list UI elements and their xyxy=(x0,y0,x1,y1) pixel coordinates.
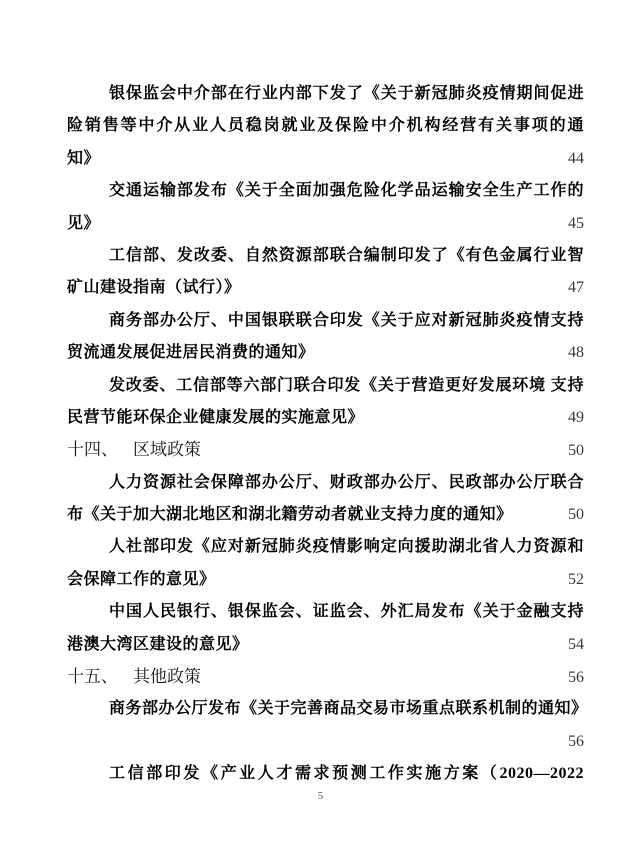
document-page: 银保监会中介部在行业内部下发了《关于新冠肺炎疫情期间促进保 险销售等中介从业人员… xyxy=(0,0,641,850)
toc-line-text: 险销售等中介从业人员稳岗就业及保险中介机构经营有关事项的通 xyxy=(67,110,584,142)
toc-line: 港澳大湾区建设的意见》 54 xyxy=(67,629,584,661)
toc-line: 56 xyxy=(67,726,584,758)
toc-line: 工信部印发《产业人才需求预测工作实施方案（2020—2022 xyxy=(67,758,584,790)
toc-page-number: 56 xyxy=(568,662,584,693)
toc-line: 会保障工作的意见》 52 xyxy=(67,564,584,596)
toc-page-number: 44 xyxy=(568,143,584,175)
toc-line-text: 港澳大湾区建设的意见》 xyxy=(67,629,558,661)
toc-line: 商务部办公厅发布《关于完善商品交易市场重点联系机制的通知》 xyxy=(67,693,584,725)
toc-line-text: 工信部印发《产业人才需求预测工作实施方案（2020—2022 xyxy=(67,758,584,790)
toc-page-number: 48 xyxy=(568,337,584,369)
toc-page-number: 56 xyxy=(568,726,584,758)
toc-line: 银保监会中介部在行业内部下发了《关于新冠肺炎疫情期间促进保 xyxy=(67,78,584,110)
toc-line-text: 见》 xyxy=(67,208,558,240)
toc-line-text: 人社部印发《应对新冠肺炎疫情影响定向援助湖北省人力资源和社 xyxy=(67,531,584,563)
toc-line-text: 交通运输部发布《关于全面加强危险化学品运输安全生产工作的意 xyxy=(67,175,584,207)
page-footer-number: 5 xyxy=(0,790,641,802)
toc-line: 民营节能环保企业健康发展的实施意见》 49 xyxy=(67,402,584,434)
toc-page-number: 45 xyxy=(568,208,584,240)
toc-page-number: 54 xyxy=(568,629,584,661)
toc-line-text: 会保障工作的意见》 xyxy=(67,564,558,596)
toc-section-title: 其他政策 xyxy=(133,667,201,686)
toc-line: 知》 44 xyxy=(67,143,584,175)
toc-section-label: 十四、区域政策 xyxy=(67,434,558,466)
toc-line-text: 人力资源社会保障部办公厅、财政部办公厅、民政部办公厅联合发 xyxy=(67,467,584,499)
toc-section-number: 十五、 xyxy=(67,667,118,686)
toc-page-number: 52 xyxy=(568,564,584,596)
toc-line: 发改委、工信部等六部门联合印发《关于营造更好发展环境 支持 xyxy=(67,370,584,402)
toc-line-text: 民营节能环保企业健康发展的实施意见》 xyxy=(67,402,558,434)
toc-section-title: 区域政策 xyxy=(133,440,201,459)
toc-line: 矿山建设指南（试行）》 47 xyxy=(67,272,584,304)
toc-line-text: 商务部办公厅、中国银联联合印发《关于应对新冠肺炎疫情支持商 xyxy=(67,305,584,337)
toc-line-text: 商务部办公厅发布《关于完善商品交易市场重点联系机制的通知》 xyxy=(67,693,584,725)
toc-section-heading: 十五、其他政策 56 xyxy=(67,661,584,693)
toc-line-text: 中国人民银行、银保监会、证监会、外汇局发布《关于金融支持粤 xyxy=(67,596,584,628)
toc-line: 见》 45 xyxy=(67,208,584,240)
toc-line-text: 知》 xyxy=(67,143,558,175)
toc-line-text: 发改委、工信部等六部门联合印发《关于营造更好发展环境 支持 xyxy=(67,370,584,402)
table-of-contents: 银保监会中介部在行业内部下发了《关于新冠肺炎疫情期间促进保 险销售等中介从业人员… xyxy=(67,78,584,791)
toc-line: 交通运输部发布《关于全面加强危险化学品运输安全生产工作的意 xyxy=(67,175,584,207)
toc-page-number: 47 xyxy=(568,272,584,304)
toc-line-text: 矿山建设指南（试行）》 xyxy=(67,272,558,304)
toc-section-heading: 十四、区域政策 50 xyxy=(67,434,584,466)
toc-page-number: 50 xyxy=(568,499,584,531)
toc-line: 人力资源社会保障部办公厅、财政部办公厅、民政部办公厅联合发 xyxy=(67,467,584,499)
toc-line: 险销售等中介从业人员稳岗就业及保险中介机构经营有关事项的通 xyxy=(67,110,584,142)
toc-line-text: 贸流通发展促进居民消费的通知》 xyxy=(67,337,558,369)
toc-page-number: 50 xyxy=(568,435,584,466)
toc-line: 人社部印发《应对新冠肺炎疫情影响定向援助湖北省人力资源和社 xyxy=(67,531,584,563)
toc-line: 布《关于加大湖北地区和湖北籍劳动者就业支持力度的通知》 50 xyxy=(67,499,584,531)
toc-line: 贸流通发展促进居民消费的通知》 48 xyxy=(67,337,584,369)
toc-line: 中国人民银行、银保监会、证监会、外汇局发布《关于金融支持粤 xyxy=(67,596,584,628)
toc-line-text: 银保监会中介部在行业内部下发了《关于新冠肺炎疫情期间促进保 xyxy=(67,78,584,110)
toc-line-text: 布《关于加大湖北地区和湖北籍劳动者就业支持力度的通知》 xyxy=(67,499,558,531)
toc-section-number: 十四、 xyxy=(67,440,118,459)
toc-page-number: 49 xyxy=(568,402,584,434)
toc-line: 商务部办公厅、中国银联联合印发《关于应对新冠肺炎疫情支持商 xyxy=(67,305,584,337)
toc-line: 工信部、发改委、自然资源部联合编制印发了《有色金属行业智能 xyxy=(67,240,584,272)
toc-line-text: 工信部、发改委、自然资源部联合编制印发了《有色金属行业智能 xyxy=(67,240,584,272)
toc-section-label: 十五、其他政策 xyxy=(67,661,558,693)
